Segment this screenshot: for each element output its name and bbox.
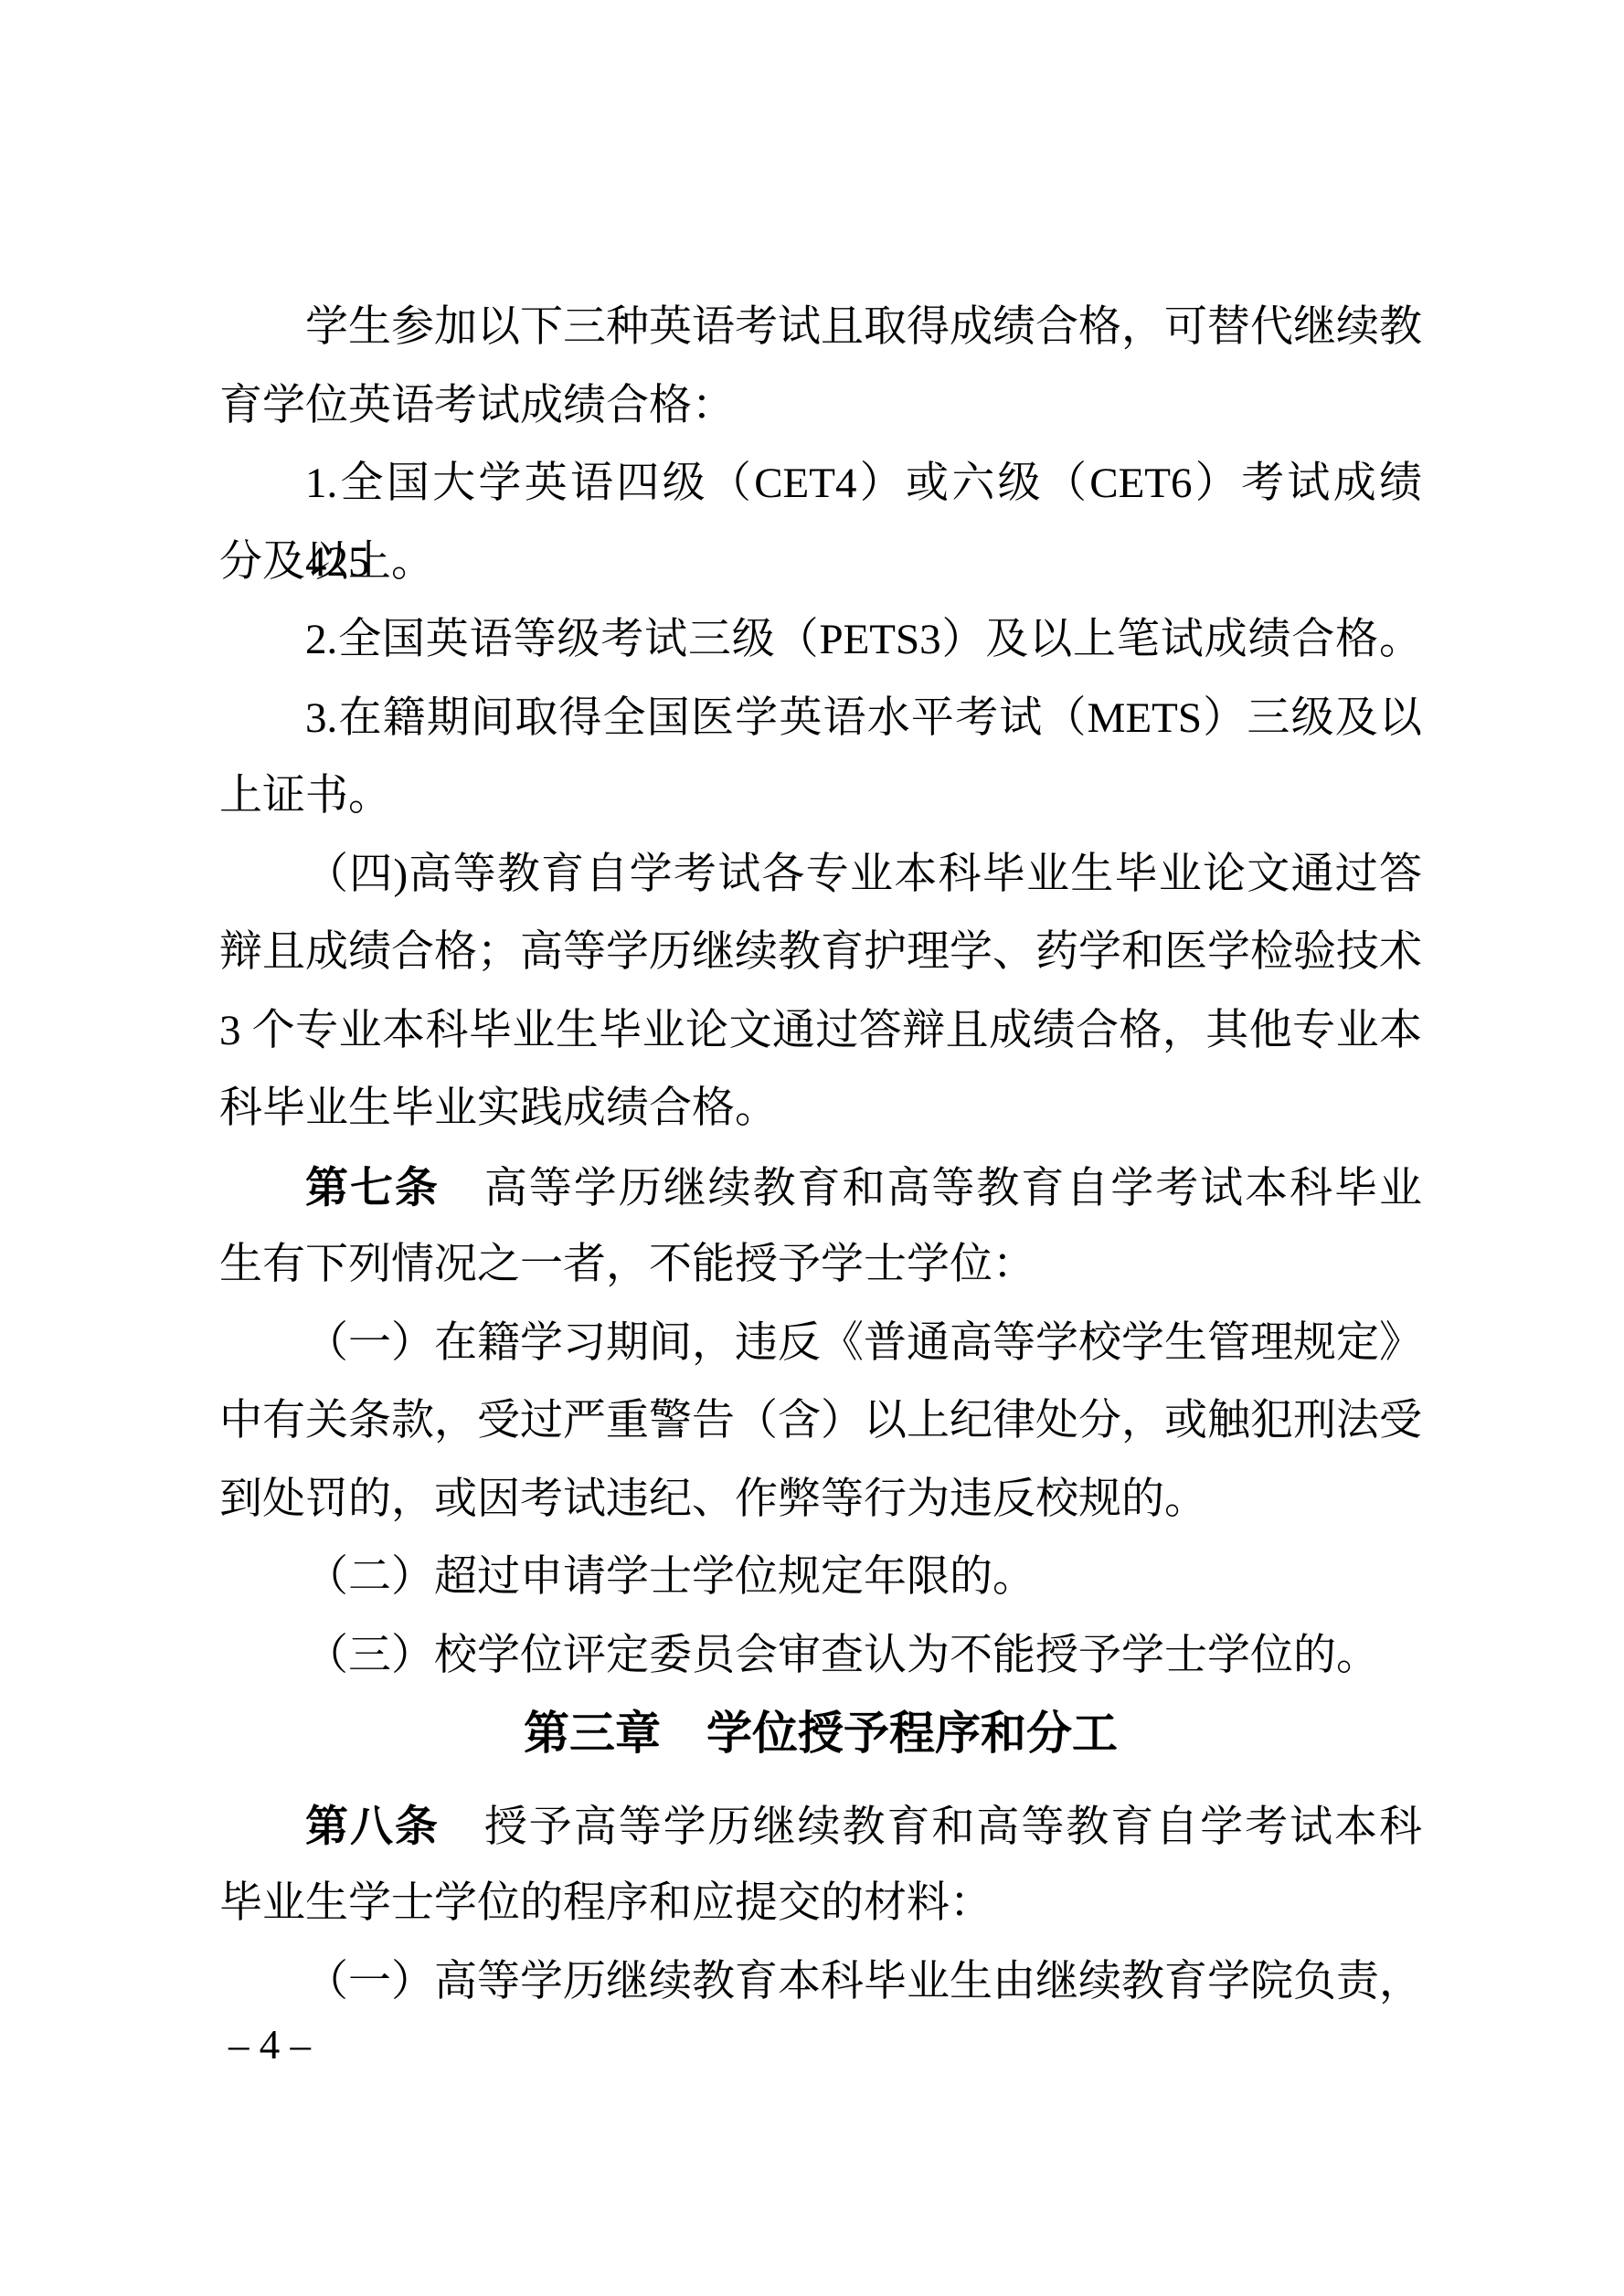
text-line: 生有下列情况之一者，不能授予学士学位： bbox=[219, 1226, 1422, 1305]
text-line: 第七条 高等学历继续教育和高等教育自学考试本科毕业 bbox=[219, 1148, 1422, 1227]
page-number: – 4 – bbox=[228, 2019, 311, 2070]
text-line: 辩且成绩合格；高等学历继续教育护理学、药学和医学检验技术 bbox=[219, 914, 1422, 992]
document-page: 学生参加以下三种英语考试且取得成绩合格，可替代继续教育学位英语考试成绩合格：1.… bbox=[0, 0, 1624, 2296]
bold-text-run: 第七条 bbox=[305, 1163, 440, 1211]
text-run: 分及以上。 bbox=[219, 538, 434, 586]
text-line: 1.全国大学英语四级（CET4）或六级（CET6）考试成绩 425 bbox=[219, 445, 1422, 524]
text-line: 科毕业生毕业实践成绩合格。 bbox=[219, 1070, 1422, 1148]
text-run: 育学位英语考试成绩合格： bbox=[219, 382, 735, 429]
text-line: （三）校学位评定委员会审查认为不能授予学士学位的。 bbox=[219, 1617, 1422, 1696]
text-line: 育学位英语考试成绩合格： bbox=[219, 367, 1422, 446]
text-run: （二）超过申请学士学位规定年限的。 bbox=[305, 1553, 1035, 1601]
text-line: 到处罚的，或因考试违纪、作弊等行为违反校规的。 bbox=[219, 1461, 1422, 1539]
text-run: 科毕业生毕业实践成绩合格。 bbox=[219, 1085, 778, 1132]
text-run: 授予高等学历继续教育和高等教育自学考试本科 bbox=[440, 1804, 1422, 1851]
text-run: 中有关条款，受过严重警告（含）以上纪律处分，或触犯刑法受 bbox=[219, 1397, 1422, 1444]
text-line: （四)高等教育自学考试各专业本科毕业生毕业论文通过答 bbox=[219, 836, 1422, 915]
text-line: 上证书。 bbox=[219, 757, 1422, 836]
text-line: 2.全国英语等级考试三级（PETS3）及以上笔试成绩合格。 bbox=[219, 601, 1422, 680]
text-run: （三）校学位评定委员会审查认为不能授予学士学位的。 bbox=[305, 1632, 1379, 1679]
text-run: （一）在籍学习期间，违反《普通高等学校学生管理规定》 bbox=[305, 1319, 1422, 1367]
text-run: 2.全国英语等级考试三级（PETS3）及以上笔试成绩合格。 bbox=[305, 616, 1422, 663]
text-line: 中有关条款，受过严重警告（含）以上纪律处分，或触犯刑法受 bbox=[219, 1382, 1422, 1461]
bold-text-run: 第八条 bbox=[305, 1802, 440, 1850]
text-run: 到处罚的，或因考试违纪、作弊等行为违反校规的。 bbox=[219, 1476, 1207, 1523]
document-body: 学生参加以下三种英语考试且取得成绩合格，可替代继续教育学位英语考试成绩合格：1.… bbox=[219, 289, 1422, 2021]
text-run: 3.在籍期间取得全国医学英语水平考试（METS）三级及以 bbox=[305, 694, 1422, 742]
text-line: 3 个专业本科毕业生毕业论文通过答辩且成绩合格，其他专业本 bbox=[219, 992, 1422, 1071]
text-line: 学生参加以下三种英语考试且取得成绩合格，可替代继续教 bbox=[219, 289, 1422, 367]
text-run: （四)高等教育自学考试各专业本科毕业生毕业论文通过答 bbox=[305, 851, 1422, 898]
bold-text-run: 第三章 学位授予程序和分工 bbox=[524, 1708, 1118, 1759]
text-line: （一）高等学历继续教育本科毕业生由继续教育学院负责， bbox=[219, 1943, 1422, 2022]
text-line: 毕业生学士学位的程序和应提交的材料： bbox=[219, 1865, 1422, 1943]
text-run: 学生参加以下三种英语考试且取得成绩合格，可替代继续教 bbox=[305, 303, 1422, 351]
text-line: （二）超过申请学士学位规定年限的。 bbox=[219, 1539, 1422, 1617]
chapter-heading: 第三章 学位授予程序和分工 bbox=[219, 1695, 1422, 1773]
text-run: 生有下列情况之一者，不能授予学士学位： bbox=[219, 1241, 1035, 1288]
text-run: 辩且成绩合格；高等学历继续教育护理学、药学和医学检验技术 bbox=[219, 928, 1422, 976]
text-line: （一）在籍学习期间，违反《普通高等学校学生管理规定》 bbox=[219, 1305, 1422, 1383]
text-run: 3 个专业本科毕业生毕业论文通过答辩且成绩合格，其他专业本 bbox=[219, 1007, 1422, 1054]
text-run: （一）高等学历继续教育本科毕业生由继续教育学院负责， bbox=[305, 1958, 1422, 2005]
text-line: 3.在籍期间取得全国医学英语水平考试（METS）三级及以 bbox=[219, 680, 1422, 758]
text-run: 毕业生学士学位的程序和应提交的材料： bbox=[219, 1879, 992, 1927]
text-run: 高等学历继续教育和高等教育自学考试本科毕业 bbox=[440, 1165, 1422, 1212]
text-run: 上证书。 bbox=[219, 772, 391, 820]
text-line: 第八条 授予高等学历继续教育和高等教育自学考试本科 bbox=[219, 1787, 1422, 1866]
text-line: 分及以上。 bbox=[219, 524, 1422, 602]
